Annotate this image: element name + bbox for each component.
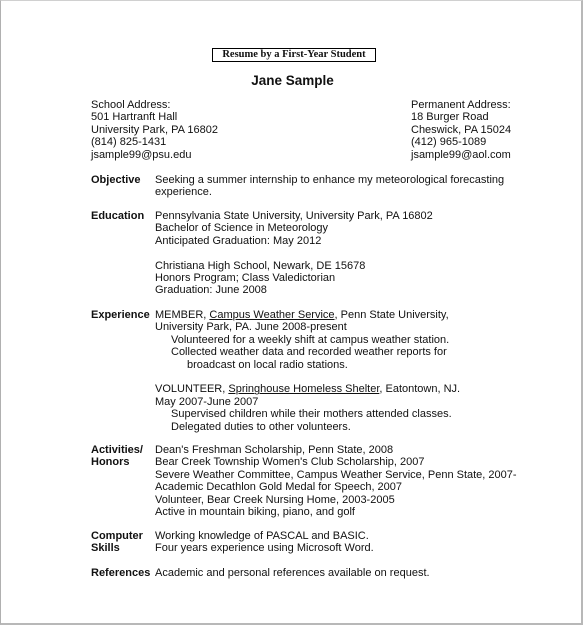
education-line: Bachelor of Science in Meteorology: [155, 222, 575, 234]
school-city: University Park, PA 16802: [91, 124, 218, 136]
school-address: School Address: 501 Hartranft Hall Unive…: [91, 99, 218, 161]
job-dates: May 2007-June 2007: [155, 396, 575, 408]
section-label: Education: [91, 210, 144, 222]
activity-item: Active in mountain biking, piano, and go…: [155, 506, 575, 518]
education-line: Honors Program; Class Valedictorian: [155, 272, 575, 284]
job-organization: Springhouse Homeless Shelter: [228, 383, 379, 395]
activity-item: Volunteer, Bear Creek Nursing Home, 2003…: [155, 494, 575, 506]
activity-item: Dean's Freshman Scholarship, Penn State,…: [155, 444, 575, 456]
school-email: jsample99@psu.edu: [91, 149, 218, 161]
activity-item: Severe Weather Committee, Campus Weather…: [155, 469, 575, 481]
job-location: , Eatontown, NJ.: [379, 383, 460, 395]
job-dates: University Park, PA. June 2008-present: [155, 321, 575, 333]
candidate-name: Jane Sample: [1, 73, 584, 88]
job-duty: Supervised children while their mothers …: [155, 408, 575, 420]
permanent-email: jsample99@aol.com: [411, 149, 511, 161]
education-line: Graduation: June 2008: [155, 284, 575, 296]
job-duty: Delegated duties to other volunteers.: [155, 421, 575, 433]
school-phone: (814) 825-1431: [91, 136, 218, 148]
resume-page: Resume by a First-Year Student Jane Samp…: [0, 0, 583, 625]
job-role: MEMBER,: [155, 309, 209, 321]
permanent-address-label: Permanent Address:: [411, 99, 511, 111]
permanent-phone: (412) 965-1089: [411, 136, 511, 148]
section-label: References: [91, 567, 150, 579]
education-line: Christiana High School, Newark, DE 15678: [155, 260, 575, 272]
document-heading: Resume by a First-Year Student: [212, 48, 376, 62]
job-location: , Penn State University,: [335, 309, 449, 321]
job-duty: Volunteered for a weekly shift at campus…: [155, 334, 575, 346]
permanent-street: 18 Burger Road: [411, 111, 511, 123]
skill-item: Working knowledge of PASCAL and BASIC.: [155, 530, 575, 542]
job-organization: Campus Weather Service: [209, 309, 334, 321]
section-label: Objective: [91, 174, 141, 186]
label-line: Computer: [91, 530, 143, 542]
education-line: Anticipated Graduation: May 2012: [155, 235, 575, 247]
job-duty: Collected weather data and recorded weat…: [155, 346, 575, 358]
label-line: Activities/: [91, 444, 143, 456]
section-label: Activities/ Honors: [91, 444, 143, 469]
education-line: Pennsylvania State University, Universit…: [155, 210, 575, 222]
job-title-line: MEMBER, Campus Weather Service, Penn Sta…: [155, 309, 575, 321]
permanent-address: Permanent Address: 18 Burger Road Cheswi…: [411, 99, 511, 161]
skill-item: Four years experience using Microsoft Wo…: [155, 542, 575, 554]
section-label: Computer Skills: [91, 530, 143, 555]
label-line: Honors: [91, 456, 143, 468]
objective-line: Seeking a summer internship to enhance m…: [155, 174, 575, 186]
activity-item: Bear Creek Township Women's Club Scholar…: [155, 456, 575, 468]
job-role: VOLUNTEER,: [155, 383, 228, 395]
activity-item: Academic Decathlon Gold Medal for Speech…: [155, 481, 575, 493]
permanent-city: Cheswick, PA 15024: [411, 124, 511, 136]
references-text: Academic and personal references availab…: [155, 567, 575, 579]
section-label: Experience: [91, 309, 150, 321]
objective-line: experience.: [155, 186, 575, 198]
job-title-line: VOLUNTEER, Springhouse Homeless Shelter,…: [155, 383, 575, 395]
school-address-label: School Address:: [91, 99, 218, 111]
job-duty: broadcast on local radio stations.: [155, 359, 575, 371]
school-street: 501 Hartranft Hall: [91, 111, 218, 123]
label-line: Skills: [91, 542, 143, 554]
